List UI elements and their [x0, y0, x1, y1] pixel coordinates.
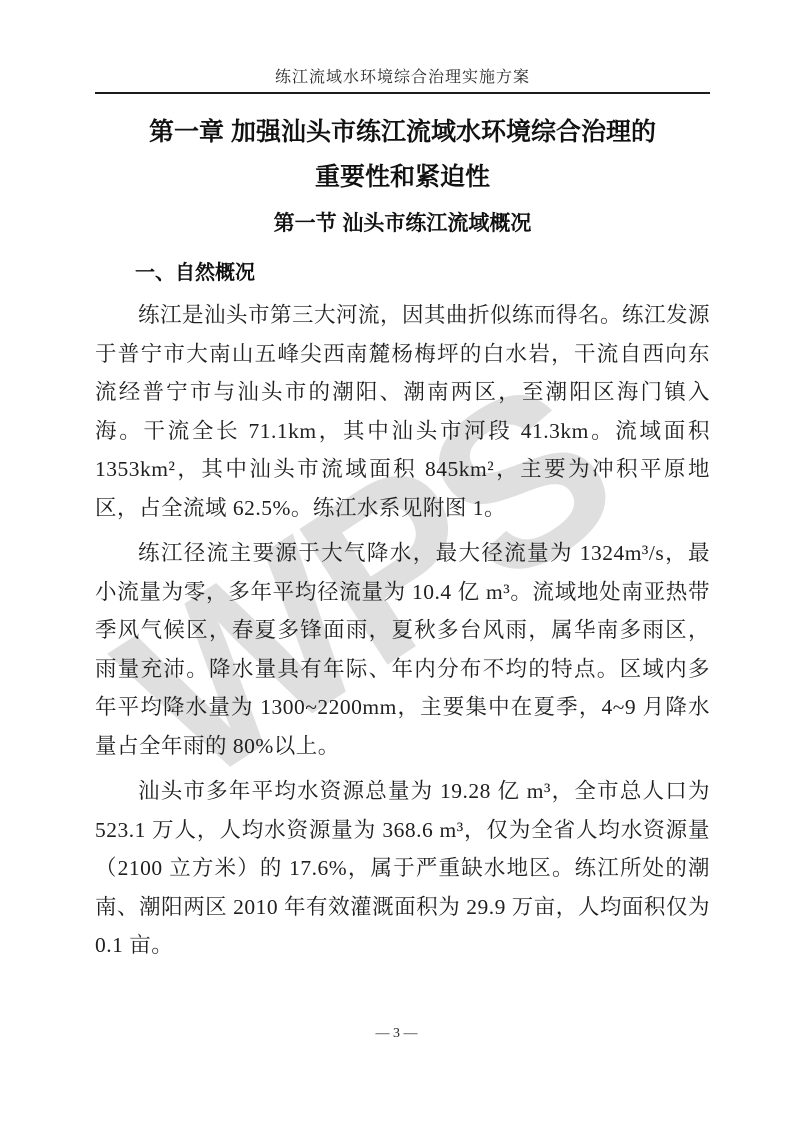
- page-footer: — 3 —: [0, 1026, 793, 1042]
- header-title: 练江流域水环境综合治理实施方案: [95, 64, 710, 87]
- chapter-title: 第一章 加强汕头市练江流域水环境综合治理的 重要性和紧迫性: [95, 110, 710, 200]
- page-header: 练江流域水环境综合治理实施方案: [95, 0, 710, 94]
- chapter-title-line1: 第一章 加强汕头市练江流域水环境综合治理的: [95, 110, 710, 155]
- document-page: WPS 练江流域水环境综合治理实施方案 第一章 加强汕头市练江流域水环境综合治理…: [0, 0, 793, 1122]
- paragraph-natural-overview-1: 练江是汕头市第三大河流，因其曲折似练而得名。练江发源于普宁市大南山五峰尖西南麓杨…: [95, 296, 710, 527]
- page-content: 练江流域水环境综合治理实施方案 第一章 加强汕头市练江流域水环境综合治理的 重要…: [95, 0, 710, 972]
- paragraph-water-resources: 汕头市多年平均水资源总量为 19.28 亿 m³，全市总人口为 523.1 万人…: [95, 772, 710, 965]
- section-title: 第一节 汕头市练江流域概况: [95, 205, 710, 243]
- page-number: — 3 —: [376, 1026, 418, 1041]
- subsection-title: 一、自然概况: [95, 256, 710, 290]
- paragraph-runoff-rainfall: 练江径流主要源于大气降水，最大径流量为 1324m³/s，最小流量为零，多年平均…: [95, 534, 710, 765]
- chapter-title-line2: 重要性和紧迫性: [95, 155, 710, 200]
